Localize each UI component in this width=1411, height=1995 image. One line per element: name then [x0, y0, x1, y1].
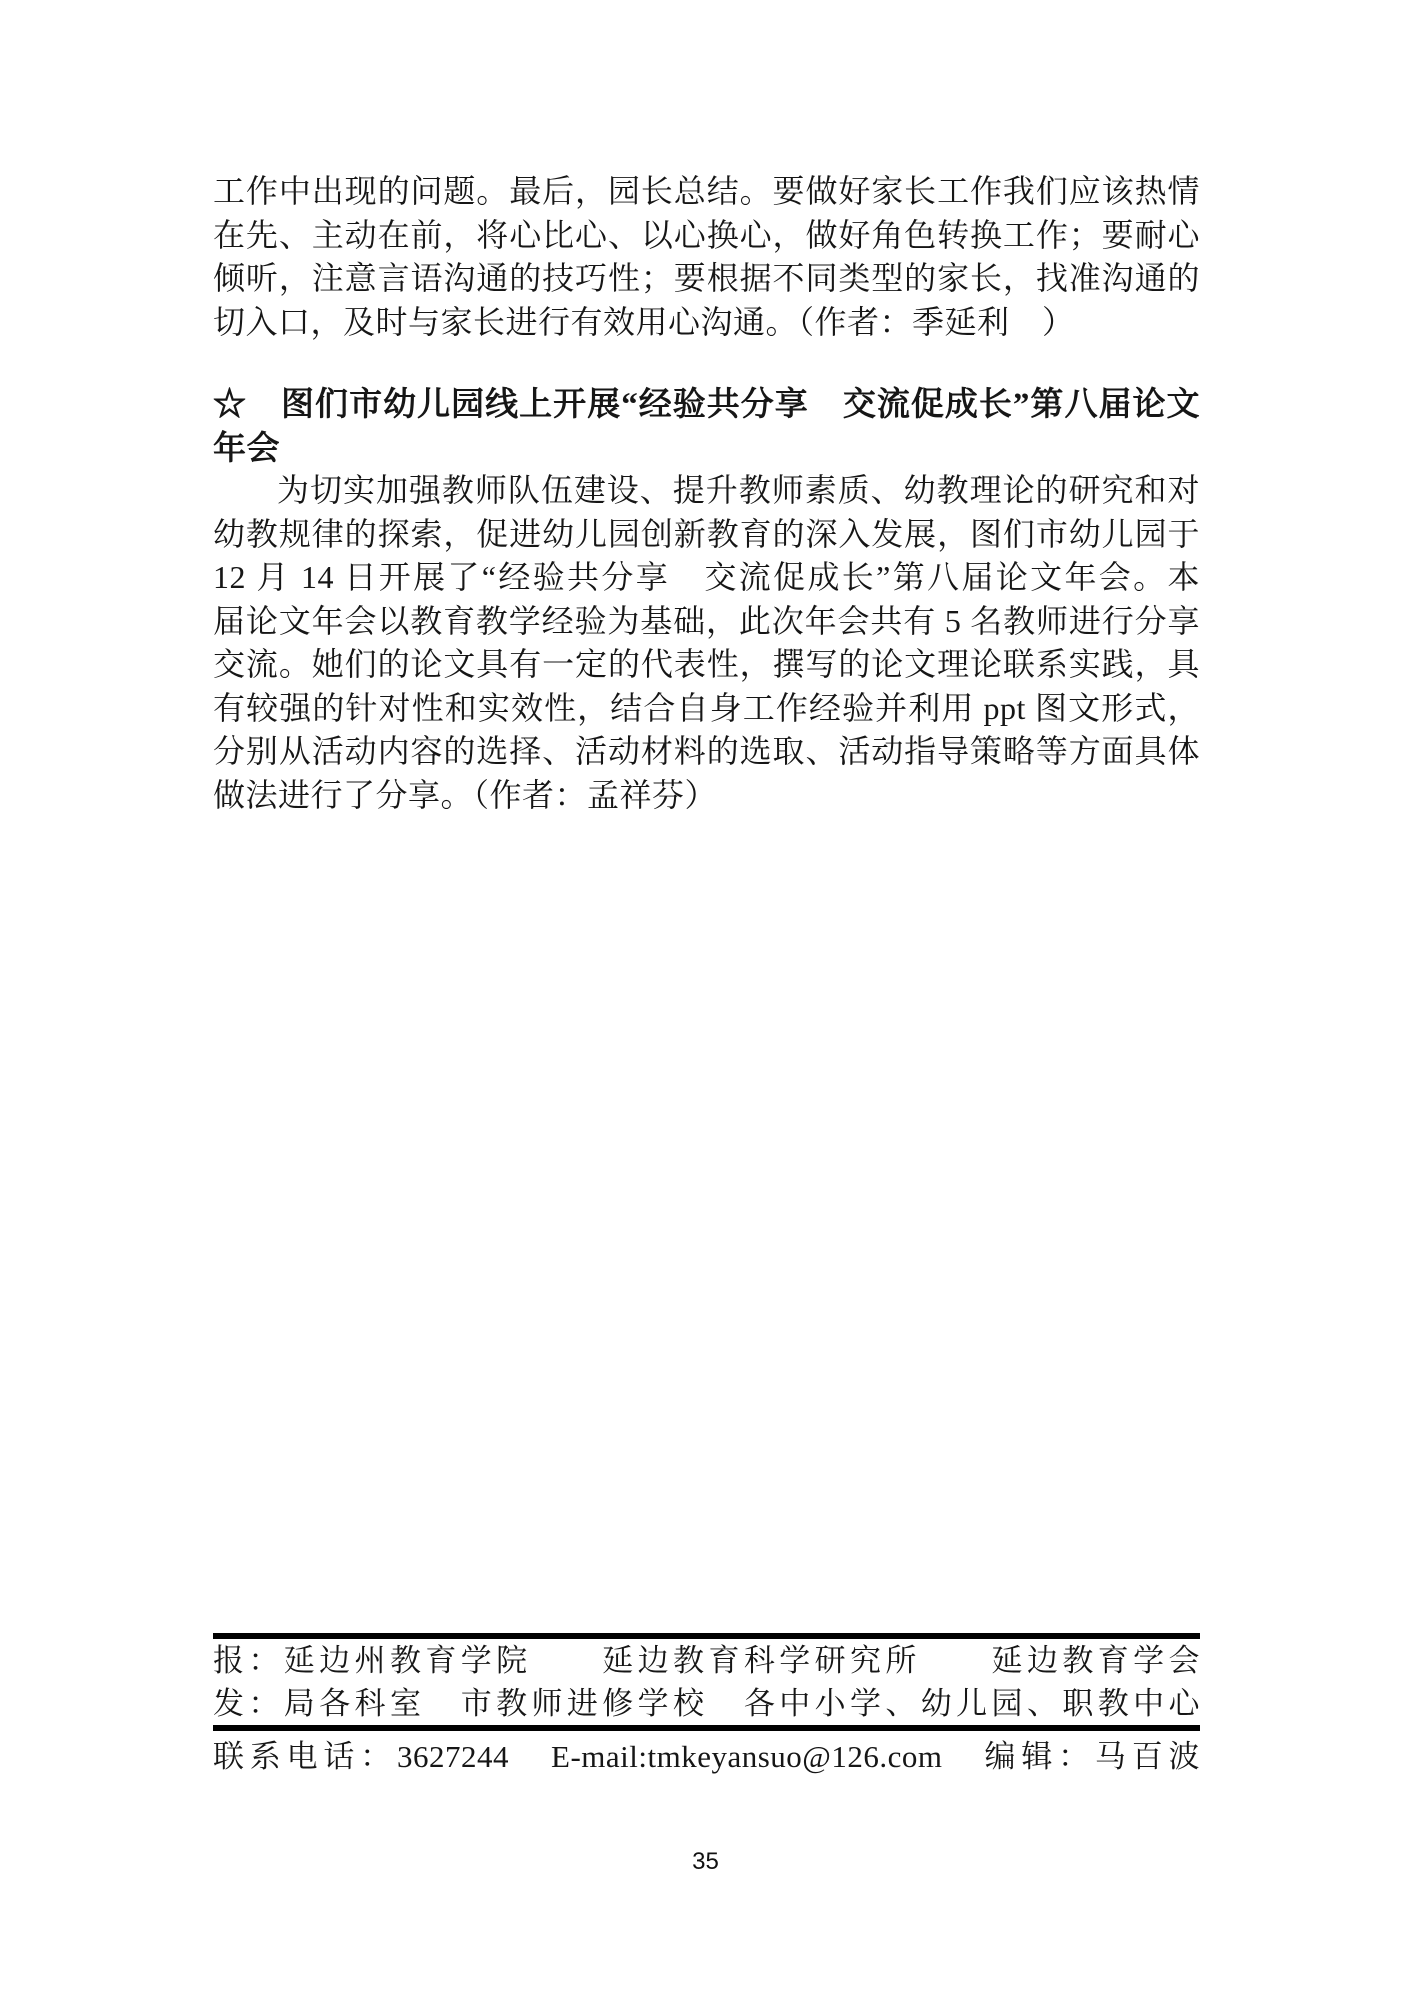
footer-contact-line: 联系电话：3627244 E-mail:tmkeyansuo@126.com 编…	[213, 1735, 1200, 1778]
paragraph-line: 为切实加强教师队伍建设、提升教师素质、幼教理论的研究和对	[213, 469, 1200, 513]
paragraph-line: 在先、主动在前，将心比心、以心换心，做好角色转换工作；要耐心	[213, 214, 1200, 258]
footer-distribution-line: 发：局各科室 市教师进修学校 各中小学、幼儿园、职教中心	[213, 1682, 1200, 1725]
paragraph-line: 做法进行了分享。（作者：孟祥芬）	[213, 774, 1200, 818]
paragraph-line: 届论文年会以教育教学经验为基础，此次年会共有 5 名教师进行分享	[213, 600, 1200, 644]
continuation-paragraph: 工作中出现的问题。最后，园长总结。要做好家长工作我们应该热情 在先、主动在前，将…	[213, 170, 1200, 344]
paragraph-line: 有较强的针对性和实效性，结合自身工作经验并利用 ppt 图文形式，	[213, 687, 1200, 731]
paragraph-line: 分别从活动内容的选择、活动材料的选取、活动指导策略等方面具体	[213, 730, 1200, 774]
document-page: 工作中出现的问题。最后，园长总结。要做好家长工作我们应该热情 在先、主动在前，将…	[0, 0, 1411, 1995]
paragraph-line: 切入口，及时与家长进行有效用心沟通。（作者：季延利 ）	[213, 301, 1200, 345]
article-heading-line: 年会	[213, 428, 1200, 472]
article-heading-line: ☆ 图们市幼儿园线上开展“经验共分享 交流促成长”第八届论文	[213, 384, 1200, 428]
article-heading: ☆ 图们市幼儿园线上开展“经验共分享 交流促成长”第八届论文 年会	[213, 384, 1200, 471]
paragraph-line: 12 月 14 日开展了“经验共分享 交流促成长”第八届论文年会。本	[213, 556, 1200, 600]
paragraph-line: 交流。她们的论文具有一定的代表性，撰写的论文理论联系实践，具	[213, 643, 1200, 687]
footer-report-line: 报：延边州教育学院 延边教育科学研究所 延边教育学会	[213, 1639, 1200, 1682]
footer-bottom-rule	[213, 1725, 1200, 1731]
page-footer: 报：延边州教育学院 延边教育科学研究所 延边教育学会 发：局各科室 市教师进修学…	[213, 1633, 1200, 1778]
page-number: 35	[0, 1848, 1411, 1876]
paragraph-line: 工作中出现的问题。最后，园长总结。要做好家长工作我们应该热情	[213, 170, 1200, 214]
article-body: 为切实加强教师队伍建设、提升教师素质、幼教理论的研究和对 幼教规律的探索，促进幼…	[213, 469, 1200, 817]
paragraph-line: 倾听，注意言语沟通的技巧性；要根据不同类型的家长，找准沟通的	[213, 257, 1200, 301]
paragraph-line: 幼教规律的探索，促进幼儿园创新教育的深入发展，图们市幼儿园于	[213, 513, 1200, 557]
